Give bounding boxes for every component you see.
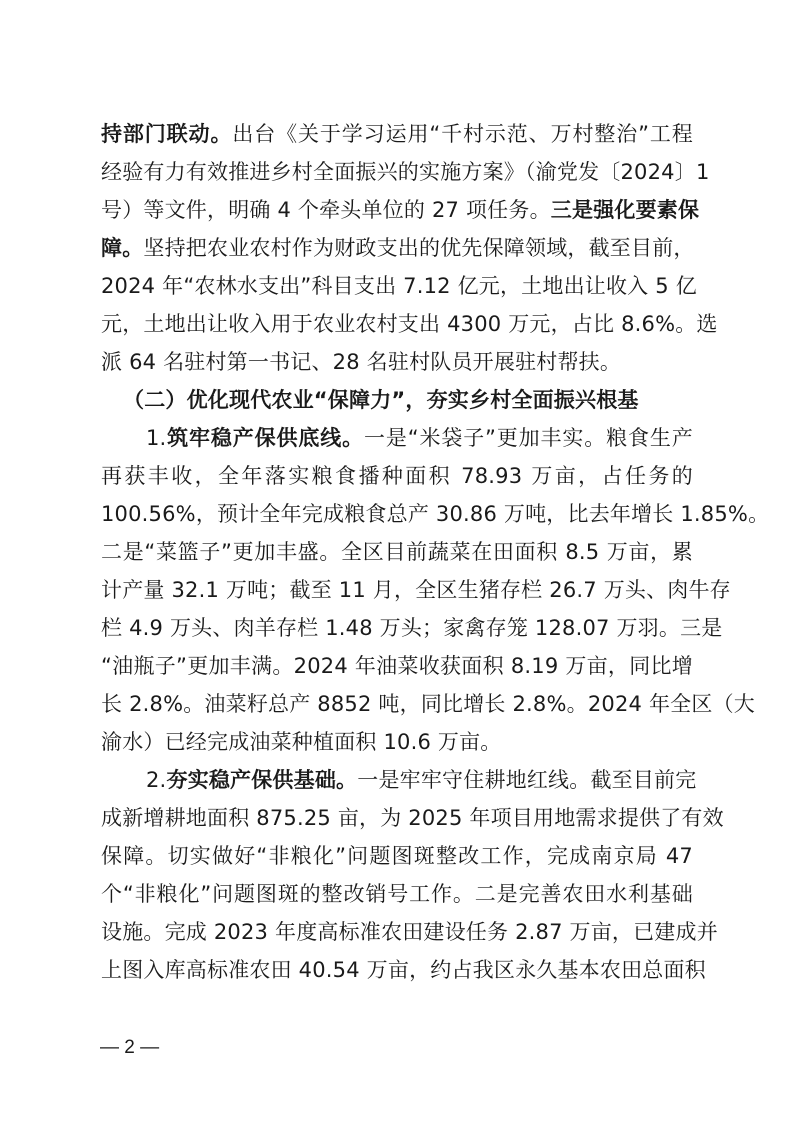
text-line: 个“非粮化”问题图斑的整改销号工作。二是完善农田水利基础 (101, 875, 693, 913)
text-line: 二是“菜篮子”更加丰盛。全区目前蔬菜在田面积 8.5 万亩，累 (101, 533, 693, 571)
text-line: 派 64 名驻村第一书记、28 名驻村队员开展驻村帮扶。 (101, 343, 693, 381)
text-line: 元，土地出让收入用于农业农村支出 4300 万元，占比 8.6%。选 (101, 305, 693, 343)
text-line: 渝水）已经完成油菜种植面积 10.6 万亩。 (101, 723, 693, 761)
text-line: 上图入库高标准农田 40.54 万亩，约占我区永久基本农田总面积 (101, 951, 693, 989)
subsection-line: 1.筑牢稳产保供底线。一是“米袋子”更加丰实。粮食生产 (101, 419, 693, 457)
text-line: 保障。切实做好“非粮化”问题图斑整改工作，完成南京局 47 (101, 837, 693, 875)
text-line: 经验有力有效推进乡村全面振兴的实施方案》（渝党发〔2024〕1 (101, 153, 693, 191)
section-heading: （二）优化现代农业“保障力”，夯实乡村全面振兴根基 (101, 381, 693, 419)
text-line: 计产量 32.1 万吨；截至 11 月，全区生猪存栏 26.7 万头、肉牛存 (101, 571, 693, 609)
text-line: 设施。完成 2023 年度高标准农田建设任务 2.87 万亩，已建成并 (101, 913, 693, 951)
subsection-line: 2.夯实稳产保供基础。一是牢牢守住耕地红线。截至目前完 (101, 761, 693, 799)
text-line: 100.56%，预计全年完成粮食总产 30.86 万吨，比去年增长 1.85%。 (101, 495, 693, 533)
text-line: 成新增耕地面积 875.25 亩，为 2025 年项目用地需求提供了有效 (101, 799, 693, 837)
document-body: 持部门联动。出台《关于学习运用“千村示范、万村整治”工程 经验有力有效推进乡村全… (101, 115, 693, 989)
text-line: 障。坚持把农业农村作为财政支出的优先保障领域，截至目前， (101, 229, 693, 267)
text-line: “油瓶子”更加丰满。2024 年油菜收获面积 8.19 万亩，同比增 (101, 647, 693, 685)
text-line: 持部门联动。出台《关于学习运用“千村示范、万村整治”工程 (101, 115, 693, 153)
page-number: — 2 — (100, 1037, 159, 1059)
text-line: 号）等文件，明确 4 个牵头单位的 27 项任务。三是强化要素保 (101, 191, 693, 229)
text-line: 栏 4.9 万头、肉羊存栏 1.48 万头；家禽存笼 128.07 万羽。三是 (101, 609, 693, 647)
text-line: 长 2.8%。油菜籽总产 8852 吨，同比增长 2.8%。2024 年全区（大 (101, 685, 693, 723)
text-line: 再获丰收，全年落实粮食播种面积 78.93 万亩，占任务的 (101, 457, 693, 495)
text-line: 2024 年“农林水支出”科目支出 7.12 亿元，土地出让收入 5 亿 (101, 267, 693, 305)
